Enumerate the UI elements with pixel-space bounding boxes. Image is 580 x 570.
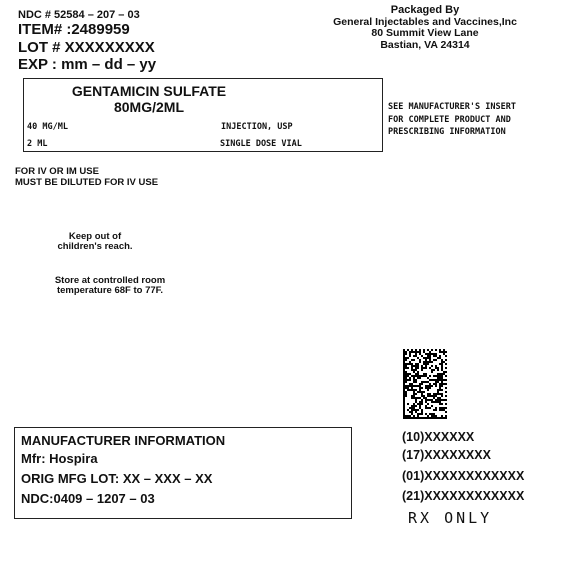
insert-note-line: SEE MANUFACTURER'S INSERT: [388, 101, 516, 114]
drug-info-box: GENTAMICIN SULFATE 80MG/2ML 40 MG/ML INJ…: [23, 78, 383, 152]
storage-instructions: Store at controlled room temperature 68F…: [35, 276, 185, 296]
packager-title: Packaged By: [300, 5, 550, 17]
drug-form: INJECTION, USP: [221, 122, 293, 132]
item-number: ITEM# :2489959: [18, 21, 130, 38]
drug-name: GENTAMICIN SULFATE: [24, 83, 274, 99]
packager-info: Packaged By General Injectables and Vacc…: [300, 5, 550, 51]
drug-dose-type: SINGLE DOSE VIAL: [220, 139, 302, 149]
route-line: MUST BE DILUTED FOR IV USE: [15, 177, 158, 188]
code-gtin: (01)XXXXXXXXXXXX: [402, 469, 524, 483]
insert-note-line: FOR COMPLETE PRODUCT AND: [388, 114, 516, 127]
drug-concentration: 40 MG/ML: [27, 122, 68, 132]
code-lot: (10)XXXXXX: [402, 430, 474, 444]
route-line: FOR IV OR IM USE: [15, 166, 158, 177]
code-expiry: (17)XXXXXXXX: [402, 448, 491, 462]
manufacturer-title: MANUFACTURER INFORMATION: [21, 433, 225, 448]
child-safety-warning: Keep out of children's reach.: [40, 232, 150, 252]
drug-strength: 80MG/2ML: [24, 99, 274, 115]
drug-volume: 2 ML: [27, 139, 47, 149]
rx-only-label: RX ONLY: [408, 509, 492, 527]
warning-line: children's reach.: [40, 242, 150, 252]
datamatrix-icon: [403, 349, 447, 419]
manufacturer-name: Mfr: Hospira: [21, 451, 98, 466]
route-of-administration: FOR IV OR IM USE MUST BE DILUTED FOR IV …: [15, 166, 158, 188]
code-serial: (21)XXXXXXXXXXXX: [402, 489, 524, 503]
packager-city: Bastian, VA 24314: [300, 40, 550, 52]
manufacturer-ndc: NDC:0409 – 1207 – 03: [21, 491, 155, 506]
manufacturer-info-box: MANUFACTURER INFORMATION Mfr: Hospira OR…: [14, 427, 352, 519]
insert-note: SEE MANUFACTURER'S INSERT FOR COMPLETE P…: [388, 101, 516, 139]
packager-street: 80 Summit View Lane: [300, 28, 550, 40]
insert-note-line: PRESCRIBING INFORMATION: [388, 126, 516, 139]
lot-number: LOT # XXXXXXXXX: [18, 39, 155, 56]
storage-line: temperature 68F to 77F.: [35, 286, 185, 296]
expiration-date: EXP : mm – dd – yy: [18, 56, 156, 73]
ndc-number: NDC # 52584 – 207 – 03: [18, 9, 140, 21]
original-lot: ORIG MFG LOT: XX – XXX – XX: [21, 471, 212, 486]
